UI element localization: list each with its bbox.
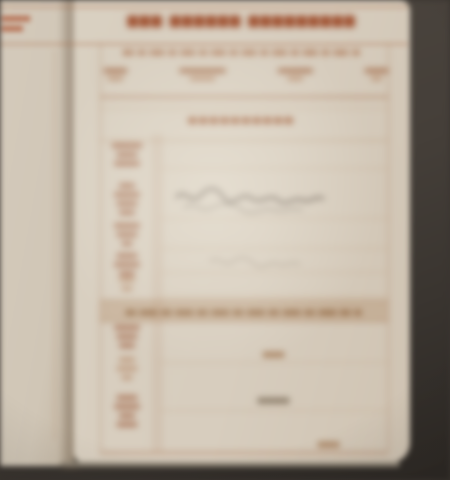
header-column-subline: ▄▄▄▄▄ [179,73,225,81]
field-label-line: ▄▄▄▄ [102,229,152,238]
ruled-line [160,410,388,411]
field-label: ▄▄▄▄▄▄▄▄▄▄▄▄ [102,322,152,349]
document-page: ▆▆▆ ▆▆▆▆▆▆ ▆▆▆▆▆▆▆▆▆ ▄▖▄▗▄▖▄▗▄▖▄▗▄▖▄▗▄▖▄… [74,0,410,463]
field-label-line: ▄▄▄ [102,340,152,349]
facing-page-frame-line [54,50,55,440]
ruled-line [100,96,388,98]
field-label-line: ▄▄▄ [102,180,152,189]
field-label-line: ▄▄▄ [102,354,152,363]
form-bottom-border [100,452,388,454]
facing-page-stamp: ▄▄▄▄ ▄▄▄ [2,12,46,32]
field-label-line: ▄▄▄▄ [102,250,152,259]
field-label-line: ▄▄▄ [102,274,152,283]
header-column-line: ▄▄▄▄ [365,64,388,73]
field-label-line: ▄▄▄ [102,410,152,419]
field-label-line: ▄▄▄▄▄ [102,220,152,229]
field-label: ▄▄▄▄▄▄▄▄▄▄▄▄ [102,250,152,277]
header-column-line: ▄▄▄▄ [104,64,127,73]
field-entry-mark: ▄▄▄ [284,438,374,447]
field-label: ▄▄▄▄▄▄▄▄▄▄▄▄▄▄▄ [102,140,152,167]
stamp-line: ▄▄▄▄ [2,12,31,21]
header-column: ▄▄▄▄▄▄▄▄ ▄▄▄▄▄ [179,64,225,81]
form-right-border [388,44,389,452]
field-label-line: ▄▄▄▄ [102,331,152,340]
field-label-line: ▄▄▄▄▄ [102,259,152,268]
field-entry-mark: ▄▄▄ [224,348,324,357]
top-rule [0,43,408,45]
header-column: ▄▄▄▄ ▄▄▄ [104,64,127,81]
field-label: ▄▄▄▄▄▄▄▄▄▄▄▄▄▄▄ [102,180,152,216]
field-label: ▄▄▄▄▄▄▄▄▄▄▄ [102,220,152,247]
ruled-line [160,168,388,169]
ruled-line [160,362,388,363]
section-heading: ▄▄▄▄▄▄▄▄▄▄ [142,113,342,124]
field-label: ▄▄▄▄▄▄▄▄▄ [102,354,152,381]
header-columns: ▄▄▄▄ ▄▄▄ ▄▄▄▄▄▄▄▄ ▄▄▄▄▄ ▄▄▄▄▄▄ ▄▄▄ ▄▄▄▄ … [104,64,388,81]
handwritten-entry-faint [204,248,314,274]
field-label-line: ▄▄▄ [102,207,152,216]
field-label-line: ▄▄ [102,238,152,247]
field-label: ▄▄▄▄▄▄▄▄▄▄▄▄▄▄▄▄ [102,392,152,428]
page-title: ▆▆▆ ▆▆▆▆▆▆ ▆▆▆▆▆▆▆▆▆ [104,13,380,28]
field-label-line: ▄▄▄▄▄ [102,158,152,167]
scene: ▄▄▄▄ ▄▄▄ ▆▆▆ ▆▆▆▆▆▆ ▆▆▆▆▆▆▆▆▆ ▄▖▄▗▄▖▄▗▄▖… [0,0,450,480]
section-band: ▄▖▄▄▖▄▖▄▄▖▄▖▄▄▖▄▖▄▄▖▄▖▄▄▖▄▖▄▄▖▄▖▄ [100,300,388,322]
field-label-line: ▄▄ [102,283,152,292]
header-column: ▄▄▄▄ ▄▄ [365,64,388,81]
field-label-line: ▄▄▄▄ [102,149,152,158]
header-column-subline: ▄▄▄ [104,73,127,81]
printed-form: ▆▆▆ ▆▆▆▆▆▆ ▆▆▆▆▆▆▆▆▆ ▄▖▄▗▄▖▄▗▄▖▄▗▄▖▄▗▄▖▄… [74,0,410,463]
form-left-border [100,44,101,452]
field-entry-mark: ▄▄▄▄ [224,394,324,404]
header-column-subline: ▄▄ [365,73,388,81]
label-column-divider [160,134,161,452]
header-column: ▄▄▄▄▄▄ ▄▄▄ [278,64,313,81]
ruled-line [160,296,388,297]
field-label-line: ▄▄▄▄ [102,198,152,207]
field-label-line: ▄▄▄▄▄ [102,322,152,331]
header-column-subline: ▄▄▄ [278,73,313,81]
field-label-line: ▄▄▄▄ [102,419,152,428]
field-label-line: ▄▄ [102,372,152,381]
stamp-line: ▄▄▄ [2,22,23,31]
field-label-line: ▄▄▄▄▄ [102,401,152,410]
handwritten-entry [170,176,340,220]
ruled-line [100,108,388,109]
field-label-line: ▄▄▄▄ [102,392,152,401]
field-label-line: ▄▄▄▄▄▄ [102,140,152,149]
header-column-line: ▄▄▄▄▄▄▄▄ [179,64,225,73]
photo-of-document: ▄▄▄▄ ▄▄▄ ▆▆▆ ▆▆▆▆▆▆ ▆▆▆▆▆▆▆▆▆ ▄▖▄▗▄▖▄▗▄▖… [0,0,450,480]
page-bottom-edge [60,462,400,467]
field-label-line: ▄▄▄▄▄ [102,189,152,198]
label-column-divider [154,134,155,452]
top-rule [0,6,408,8]
field-label: ▄▄▄▄▄ [102,274,152,292]
subtitle-row: ▄▖▄▗▄▖▄▗▄▖▄▗▄▖▄▗▄▖▄▗▄▖▄▗▄▖▄▗▄▖▄ [114,46,370,55]
field-label-line: ▄▄▄▄ [102,363,152,372]
header-column-line: ▄▄▄▄▄▄ [278,64,313,73]
